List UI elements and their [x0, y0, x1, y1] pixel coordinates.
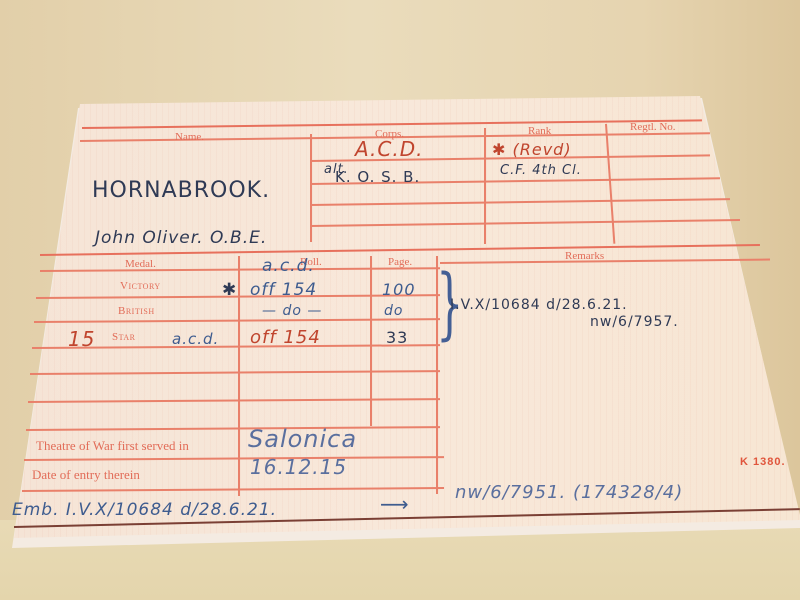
column-divider [310, 134, 312, 242]
remarks-header: Remarks [565, 250, 604, 262]
star-note: a.c.d. [172, 330, 219, 348]
entry-date-label: Date of entry therein [32, 467, 140, 483]
medal-victory-label: Victory [120, 280, 161, 292]
name-header: Name. [175, 131, 204, 143]
footer-right-note: nw/6/7951. (174328/4) [455, 482, 683, 503]
entry-date-value: 16.12.15 [250, 455, 347, 479]
medal-star-label: Star [112, 331, 135, 343]
star-roll: off 154 [250, 327, 321, 348]
arrow-right-icon: ⟶ [380, 492, 409, 516]
victory-roll: off 154 [250, 280, 317, 300]
regt-no-header: Regtl. No. [630, 121, 676, 133]
remarks-line-1: I.V.X/10684 d/28.6.21. [450, 297, 628, 313]
footer-left-note: Emb. I.V.X/10684 d/28.6.21. [12, 500, 277, 520]
column-divider [238, 256, 240, 496]
medal-british-label: British [118, 305, 155, 317]
medal-header: Medal. [125, 258, 156, 270]
rank-entry-1: ✱ (Revd) [492, 140, 572, 159]
rank-entry-2: C.F. 4th Cl. [500, 163, 582, 178]
british-roll: — do — [262, 303, 322, 319]
theatre-value: Salonica [248, 425, 357, 453]
remarks-line-2: nw/6/7957. [590, 314, 679, 330]
surname: HORNABROOK. [92, 178, 270, 203]
corps-entry-1: A.C.D. [355, 137, 424, 161]
forenames: John Oliver. O.B.E. [95, 228, 267, 248]
column-divider [484, 128, 486, 244]
victory-mark: ✱ [222, 280, 237, 300]
star-page: 33 [386, 328, 408, 347]
form-number: K 1380. [740, 456, 786, 468]
page-header: Page. [388, 256, 412, 268]
roll-acd-note: a.c.d. [262, 256, 315, 276]
star-prefix-15: 15 [68, 327, 95, 351]
british-page: do [384, 303, 403, 319]
corps-entry-2: K. O. S. B. [335, 168, 420, 186]
theatre-label: Theatre of War first served in [36, 438, 189, 454]
victory-page: 100 [382, 280, 416, 299]
column-divider [370, 256, 372, 426]
rank-header: Rank [528, 125, 551, 137]
